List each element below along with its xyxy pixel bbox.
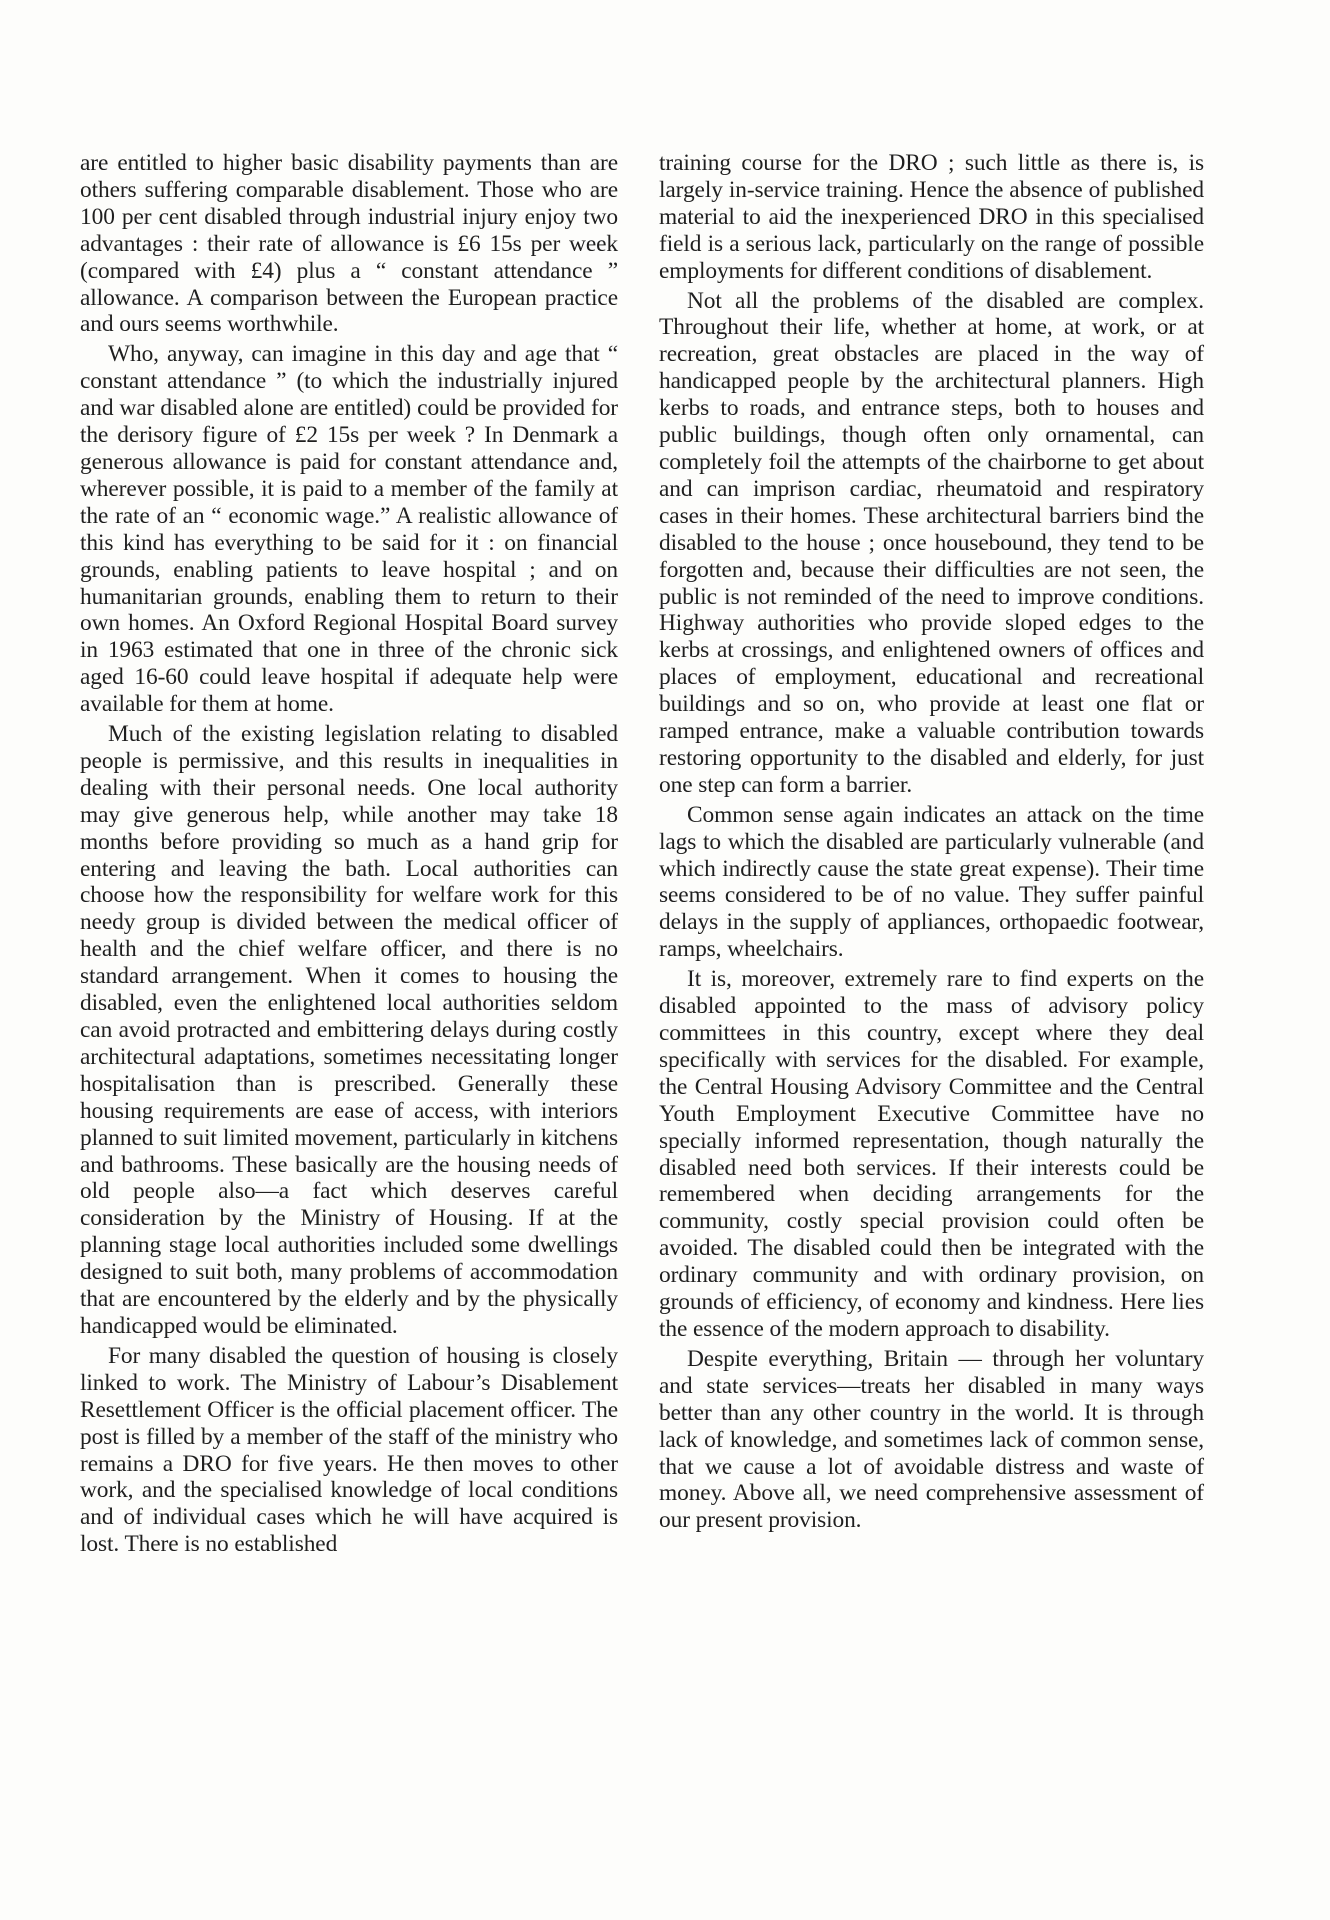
paragraph: Who, anyway, can imagine in this day and… [80, 341, 618, 718]
right-text-column: training course for the DRO ; such littl… [659, 150, 1204, 1537]
paragraph: Not all the problems of the disabled are… [659, 288, 1204, 799]
paragraph: Much of the existing legislation relatin… [80, 721, 618, 1340]
paragraph: It is, moreover, extremely rare to find … [659, 966, 1204, 1343]
paragraph: For many disabled the question of housin… [80, 1343, 618, 1558]
paragraph: Despite everything, Britain — through he… [659, 1346, 1204, 1534]
paragraph: Common sense again indicates an attack o… [659, 802, 1204, 963]
left-text-column: are entitled to higher basic disability … [80, 150, 618, 1561]
paragraph: training course for the DRO ; such littl… [659, 150, 1204, 285]
paragraph: are entitled to higher basic disability … [80, 150, 618, 338]
